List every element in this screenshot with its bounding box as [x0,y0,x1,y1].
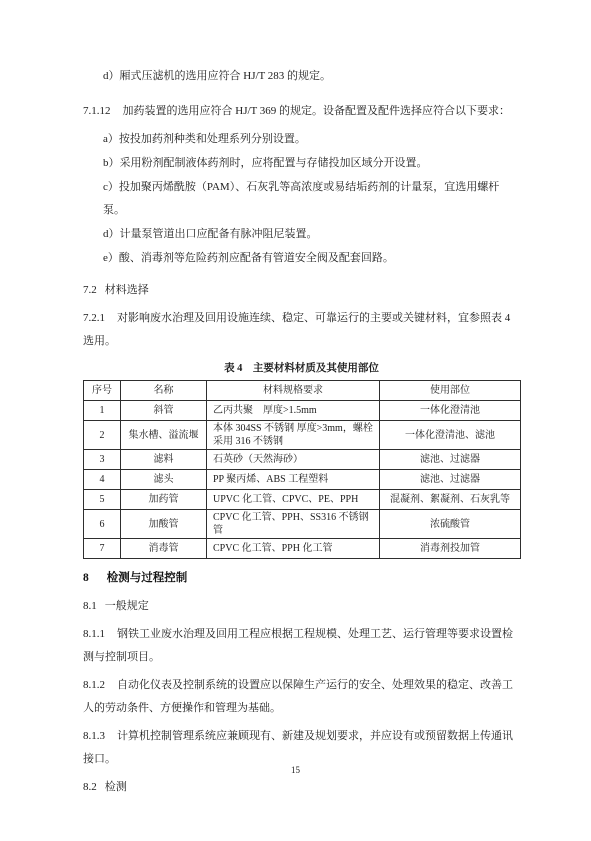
paragraph-8-1-2: 8.1.2自动化仪表及控制系统的设置应以保障生产运行的安全、处理效果的稳定、改善… [83,674,520,720]
cell-usage: 一体化澄清池、滤池 [380,421,521,450]
cell-name: 集水槽、溢流堰 [121,421,207,450]
table-header-row: 序号 名称 材料规格要求 使用部位 [84,381,521,401]
section-text: 钢铁工业废水治理及回用工程应根据工程规模、处理工艺、运行管理等要求设置检 [117,628,513,640]
paragraph-line: 人的劳动条件、方便操作和管理为基础。 [83,697,520,720]
section-text: 自动化仪表及控制系统的设置应以保障生产运行的安全、处理效果的稳定、改善工 [117,679,513,691]
table-row: 6 加酸管 CPVC 化工管、PPH、SS316 不锈钢管 浓硫酸管 [84,510,521,539]
cell-spec: CPVC 化工管、PPH、SS316 不锈钢管 [207,510,380,539]
heading-8-1: 8.1一般规定 [83,595,520,618]
table-caption: 表 4 主要材料材质及其使用部位 [83,360,520,377]
column-header-spec: 材料规格要求 [207,381,380,401]
table-row: 3 滤料 石英砂（天然海砂） 滤池、过滤器 [84,450,521,470]
section-number: 8.1.1 [83,623,105,646]
cell-usage: 浓硫酸管 [380,510,521,539]
table-row: 1 斜管 乙丙共聚 厚度>1.5mm 一体化澄清池 [84,401,521,421]
heading-8-2: 8.2检测 [83,776,520,799]
section-number: 8.2 [83,776,97,799]
section-number: 7.2.1 [83,307,105,330]
cell-spec: CPVC 化工管、PPH 化工管 [207,539,380,559]
cell-usage: 混凝剂、絮凝剂、石灰乳等 [380,490,521,510]
cell-index: 5 [84,490,121,510]
section-text: 计算机控制管理系统应兼顾现有、新建及规划要求，并应设有或预留数据上传通讯 [117,730,513,742]
list-item-d-top: d）厢式压滤机的选用应符合 HJ/T 283 的规定。 [83,65,520,88]
section-number: 8 [83,567,89,590]
column-header-name: 名称 [121,381,207,401]
cell-name: 滤料 [121,450,207,470]
cell-usage: 滤池、过滤器 [380,470,521,490]
cell-usage: 消毒剂投加管 [380,539,521,559]
table-row: 7 消毒管 CPVC 化工管、PPH 化工管 消毒剂投加管 [84,539,521,559]
document-page: d）厢式压滤机的选用应符合 HJ/T 283 的规定。 7.1.12加药装置的选… [0,0,591,841]
column-header-index: 序号 [84,381,121,401]
cell-index: 4 [84,470,121,490]
cell-name: 消毒管 [121,539,207,559]
table-row: 5 加药管 UPVC 化工管、CPVC、PE、PPH 混凝剂、絮凝剂、石灰乳等 [84,490,521,510]
paragraph-line: 选用。 [83,330,520,353]
section-number: 7.1.12 [83,100,111,123]
page-number: 15 [0,765,591,775]
paragraph-line: 测与控制项目。 [83,646,520,669]
table-row: 4 滤头 PP 聚丙烯、ABS 工程塑料 滤池、过滤器 [84,470,521,490]
column-header-usage: 使用部位 [380,381,521,401]
heading-7-2: 7.2材料选择 [83,279,520,302]
cell-index: 6 [84,510,121,539]
table-row: 2 集水槽、溢流堰 本体 304SS 不锈钢 厚度>3mm，螺栓采用 316 不… [84,421,521,450]
cell-spec: 乙丙共聚 厚度>1.5mm [207,401,380,421]
cell-usage: 一体化澄清池 [380,401,521,421]
list-item-c: c）投加聚丙烯酰胺（PAM）、石灰乳等高浓度或易结垢药剂的计量泵，宜选用螺杆泵。 [83,176,520,222]
section-number: 8.1.3 [83,725,105,748]
paragraph-line: 7.2.1对影响废水治理及回用设施连续、稳定、可靠运行的主要或关键材料，宜参照表… [83,307,520,330]
section-text: 一般规定 [105,600,149,612]
cell-index: 3 [84,450,121,470]
list-item-a: a）按投加药剂种类和处理系列分别设置。 [83,128,520,151]
list-item-d: d）计量泵管道出口应配备有脉冲阻尼装置。 [83,223,520,246]
paragraph-7-2-1: 7.2.1对影响废水治理及回用设施连续、稳定、可靠运行的主要或关键材料，宜参照表… [83,307,520,353]
section-number: 7.2 [83,279,97,302]
section-text: 加药装置的选用应符合 HJ/T 369 的规定。设备配置及配件选择应符合以下要求… [123,105,511,117]
paragraph-line: 8.1.1钢铁工业废水治理及回用工程应根据工程规模、处理工艺、运行管理等要求设置… [83,623,520,646]
materials-table: 序号 名称 材料规格要求 使用部位 1 斜管 乙丙共聚 厚度>1.5mm 一体化… [83,380,521,559]
cell-index: 7 [84,539,121,559]
heading-8: 8检测与过程控制 [83,567,520,590]
section-text: 检测 [105,781,127,793]
paragraph-line: 8.1.3计算机控制管理系统应兼顾现有、新建及规划要求，并应设有或预留数据上传通… [83,725,520,748]
cell-index: 1 [84,401,121,421]
section-number: 8.1.2 [83,674,105,697]
section-text: 检测与过程控制 [107,572,188,584]
cell-spec: UPVC 化工管、CPVC、PE、PPH [207,490,380,510]
cell-spec: 本体 304SS 不锈钢 厚度>3mm，螺栓采用 316 不锈钢 [207,421,380,450]
cell-name: 加药管 [121,490,207,510]
section-text: 对影响废水治理及回用设施连续、稳定、可靠运行的主要或关键材料，宜参照表 4 [117,312,510,324]
paragraph-7-1-12: 7.1.12加药装置的选用应符合 HJ/T 369 的规定。设备配置及配件选择应… [83,100,520,123]
cell-name: 滤头 [121,470,207,490]
cell-index: 2 [84,421,121,450]
cell-name: 斜管 [121,401,207,421]
paragraph-line: 8.1.2自动化仪表及控制系统的设置应以保障生产运行的安全、处理效果的稳定、改善… [83,674,520,697]
paragraph-8-1-1: 8.1.1钢铁工业废水治理及回用工程应根据工程规模、处理工艺、运行管理等要求设置… [83,623,520,669]
list-item-b: b）采用粉剂配制液体药剂时，应将配置与存储投加区域分开设置。 [83,152,520,175]
cell-spec: 石英砂（天然海砂） [207,450,380,470]
cell-usage: 滤池、过滤器 [380,450,521,470]
cell-spec: PP 聚丙烯、ABS 工程塑料 [207,470,380,490]
cell-name: 加酸管 [121,510,207,539]
section-text: 材料选择 [105,284,149,296]
list-item-e: e）酸、消毒剂等危险药剂应配备有管道安全阀及配套回路。 [83,247,520,270]
section-number: 8.1 [83,595,97,618]
